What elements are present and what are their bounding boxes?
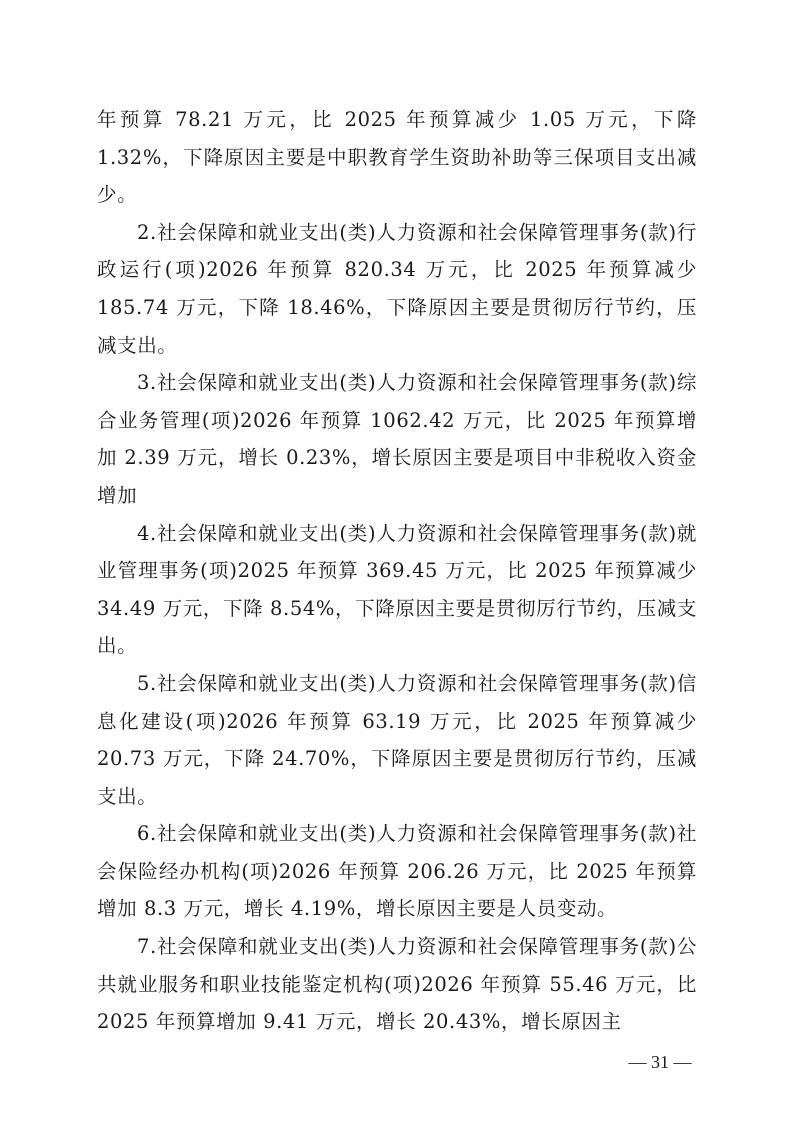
paragraph-item-5-informatization: 5.社会保障和就业支出(类)人力资源和社会保障管理事务(款)信息化建设(项)20… [97,665,697,815]
paragraph-continuation: 年预算 78.21 万元，比 2025 年预算减少 1.05 万元，下降 1.3… [97,101,697,214]
paragraph-item-4-employment-management: 4.社会保障和就业支出(类)人力资源和社会保障管理事务(款)就业管理事务(项)2… [97,515,697,665]
paragraph-item-3-comprehensive-business-management: 3.社会保障和就业支出(类)人力资源和社会保障管理事务(款)综合业务管理(项)2… [97,364,697,514]
paragraph-item-6-social-insurance-agency: 6.社会保障和就业支出(类)人力资源和社会保障管理事务(款)社会保险经办机构(项… [97,815,697,928]
page-number: — 31 — [620,1052,700,1073]
paragraph-item-2-administrative-operation: 2.社会保障和就业支出(类)人力资源和社会保障管理事务(款)行政运行(项)202… [97,214,697,364]
document-page: 年预算 78.21 万元，比 2025 年预算减少 1.05 万元，下降 1.3… [0,0,793,1122]
body-text: 年预算 78.21 万元，比 2025 年预算减少 1.05 万元，下降 1.3… [97,101,697,1041]
paragraph-item-7-public-employment-service: 7.社会保障和就业支出(类)人力资源和社会保障管理事务(款)公共就业服务和职业技… [97,928,697,1041]
